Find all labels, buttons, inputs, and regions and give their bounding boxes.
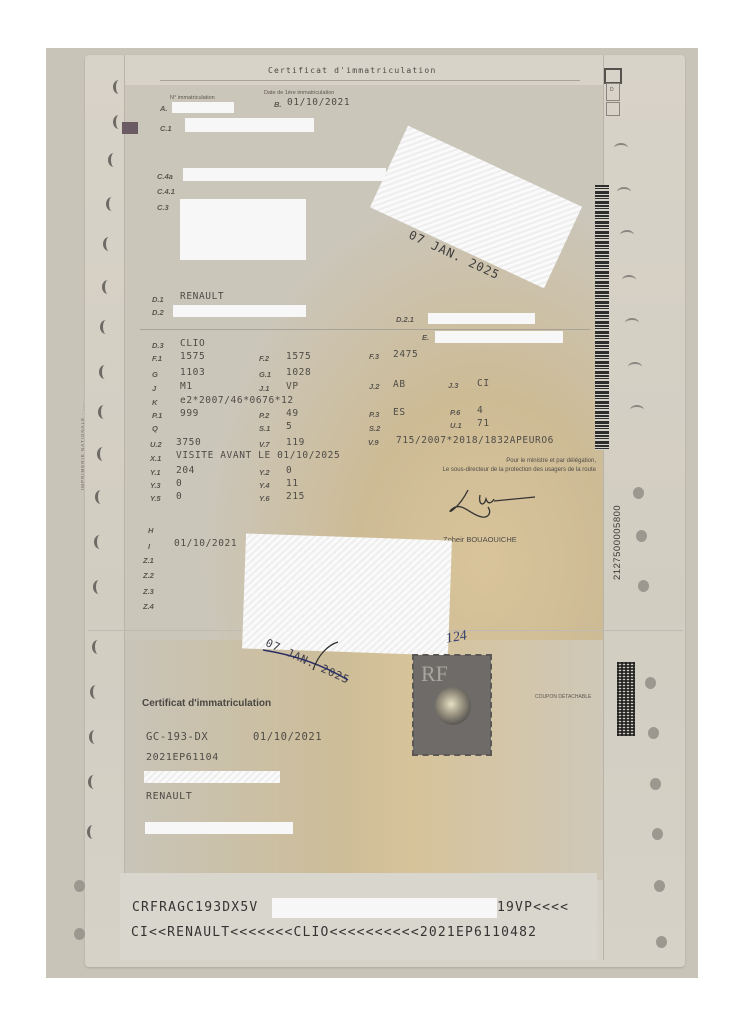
hologram-icon (435, 687, 471, 725)
field-b-value: 01/10/2021 (287, 97, 350, 108)
divider (140, 329, 590, 330)
field-label: S.1 (259, 424, 270, 433)
field-label: V.9 (368, 438, 379, 447)
field-value: VP (286, 381, 299, 392)
perforation-hole (92, 640, 104, 654)
field-e-label: E. (422, 333, 429, 342)
signer-name: Zoheir BOUAOUICHE (443, 535, 517, 544)
perforation-hole (113, 80, 125, 94)
delegation-line-1: Pour le ministre et par délégation, (380, 458, 596, 464)
mrz-line-1-prefix: CRFRAGC193DX5V (132, 900, 258, 915)
field-value: 4 (477, 405, 483, 416)
perforation-hole (94, 535, 106, 549)
field-value: 49 (286, 408, 299, 419)
field-value: 215 (286, 491, 305, 502)
field-label: Z.3 (143, 587, 154, 596)
field-label: Y.3 (150, 481, 161, 490)
perforation-hole (99, 365, 111, 379)
field-value: 71 (477, 418, 490, 429)
datamatrix-code (617, 662, 635, 736)
field-label: F.2 (259, 354, 269, 363)
field-label: X.1 (150, 454, 161, 463)
delegation-line-2: Le sous-directeur de la protection des u… (360, 467, 596, 473)
field-value: 119 (286, 437, 305, 448)
field-value: 1575 (286, 351, 311, 362)
perforation-hole (650, 778, 661, 790)
mrz-line-1-suffix: 19VP<<<< (497, 900, 569, 915)
field-label: U.2 (150, 440, 162, 449)
field-a-label: A. (160, 104, 168, 113)
perforation-hole (625, 318, 639, 328)
marker-box (604, 68, 622, 84)
perforation-hole (97, 447, 109, 461)
redacted-z-fields (242, 533, 452, 655)
field-d1-value: RENAULT (180, 291, 224, 302)
redacted-holder-name (185, 118, 314, 132)
field-value: 01/10/2021 (174, 538, 237, 549)
field-label: U.1 (450, 421, 462, 430)
field-label: P.6 (450, 408, 460, 417)
field-d1-label: D.1 (152, 295, 164, 304)
perforation-hole (95, 490, 107, 504)
field-value: 999 (180, 408, 199, 419)
coupon-make: RENAULT (146, 791, 192, 802)
marker-box-d: D (606, 83, 620, 101)
perforation-hole (93, 580, 105, 594)
field-value: 5 (286, 421, 292, 432)
serial-number: 2127500005800 (612, 505, 623, 580)
field-value: CLIO (180, 338, 205, 349)
field-label: Y.5 (150, 494, 161, 503)
field-label: Y.2 (259, 468, 270, 477)
field-d21-label: D.2.1 (396, 315, 414, 324)
field-label: J.1 (259, 384, 269, 393)
field-label: J.3 (448, 381, 458, 390)
perforation-hole (102, 280, 114, 294)
coupon-date: 01/10/2021 (253, 731, 322, 743)
field-value: 3750 (176, 437, 201, 448)
field-value: 1028 (286, 367, 311, 378)
perforation-hole (636, 530, 647, 542)
perforation-hole (630, 405, 644, 415)
field-value: 1575 (180, 351, 205, 362)
perforation-hole (638, 580, 649, 592)
stamp-rf-text: RF (421, 661, 448, 687)
field-label: J.2 (369, 382, 379, 391)
perforation-hole (90, 685, 102, 699)
field-label: F.3 (369, 352, 379, 361)
field-label: I (148, 542, 150, 551)
perforation-hole (74, 928, 85, 940)
field-b-caption: Date de 1ère immatriculation (264, 90, 334, 96)
marker-box (606, 102, 620, 116)
field-d2-label: D.2 (152, 308, 164, 317)
redacted-coupon-address (145, 822, 293, 834)
mrz-line-2: CI<<RENAULT<<<<<<<CLIO<<<<<<<<<<2021EP61… (131, 925, 537, 940)
redacted-address (180, 199, 306, 260)
header-title: Certificat d'immatriculation (268, 66, 436, 75)
field-label: S.2 (369, 424, 380, 433)
field-c41-label: C.4.1 (157, 187, 175, 196)
field-value: 11 (286, 478, 299, 489)
field-value: 2475 (393, 349, 418, 360)
redacted-c4a (183, 168, 386, 181)
barcode (595, 185, 609, 450)
security-stamp: RF (413, 655, 491, 755)
field-value: AB (393, 379, 406, 390)
perforation-hole (654, 880, 665, 892)
field-label: G (152, 370, 158, 379)
field-b-label: B. (274, 100, 282, 109)
field-label: G.1 (259, 370, 271, 379)
divider (160, 80, 580, 81)
perforation-hole (89, 730, 101, 744)
field-value: M1 (180, 381, 193, 392)
redacted-plate (172, 102, 234, 113)
perforation-hole (100, 320, 112, 334)
field-label: P.1 (152, 411, 162, 420)
field-label: D.3 (152, 341, 164, 350)
perforation-hole (614, 143, 628, 153)
field-c3-label: C.3 (157, 203, 169, 212)
redacted-d2 (173, 305, 306, 317)
field-label: Z.4 (143, 602, 154, 611)
perforation-hole (656, 936, 667, 948)
perforation-hole (633, 487, 644, 499)
field-value: 715/2007*2018/1832APEURO6 (396, 435, 554, 446)
field-label: J (152, 384, 156, 393)
perforation-hole (87, 825, 99, 839)
perforation-hole (628, 362, 642, 372)
field-label: Y.6 (259, 494, 270, 503)
coupon-formula-number: 2021EP61104 (146, 752, 219, 763)
field-label: Y.4 (259, 481, 270, 490)
perforation-hole (106, 197, 118, 211)
field-value: 204 (176, 465, 195, 476)
perforation-hole (98, 405, 110, 419)
perforation-hole (103, 237, 115, 251)
color-marker (122, 122, 138, 134)
scribble-mark (258, 640, 368, 685)
field-label: V.7 (259, 440, 270, 449)
field-value: CI (477, 378, 490, 389)
perforation-hole (652, 828, 663, 840)
perforation-hole (74, 880, 85, 892)
field-label: Z.1 (143, 556, 154, 565)
field-label: F.1 (152, 354, 162, 363)
field-value: e2*2007/46*0676*12 (180, 395, 294, 406)
field-label: P.2 (259, 411, 269, 420)
field-label: Q (152, 424, 158, 433)
coupon-title: Certificat d'immatriculation (142, 698, 271, 709)
field-label: Y.1 (150, 468, 161, 477)
perforation-hole (620, 230, 634, 240)
field-label: K (152, 398, 157, 407)
field-value: 0 (286, 465, 292, 476)
coupon-plate: GC-193-DX (146, 731, 208, 743)
signature (440, 485, 540, 530)
perforation-hole (88, 775, 100, 789)
field-value: 0 (176, 491, 182, 502)
field-label: Z.2 (143, 571, 154, 580)
perforation-hole (645, 677, 656, 689)
field-a-caption: N° immatriculation (170, 95, 215, 101)
field-value: 0 (176, 478, 182, 489)
redacted-mrz (272, 898, 497, 918)
redacted-d21 (428, 313, 535, 324)
field-c1-label: C.1 (160, 124, 172, 133)
perforation-hole (617, 187, 631, 197)
printer-margin-text: IMPRIMERIE NATIONALE · ... (80, 403, 85, 490)
perforation-hole (648, 727, 659, 739)
field-label: H (148, 526, 153, 535)
coupon-label: COUPON DÉTACHABLE (535, 694, 591, 700)
field-value: VISITE AVANT LE 01/10/2025 (176, 450, 340, 461)
perforation-hole (108, 153, 120, 167)
field-c4a-label: C.4a (157, 172, 173, 181)
field-value: ES (393, 407, 406, 418)
redacted-vin (435, 331, 563, 343)
redacted-coupon-name (144, 771, 280, 783)
field-label: P.3 (369, 410, 379, 419)
perforation-hole (622, 275, 636, 285)
field-value: 1103 (180, 367, 205, 378)
